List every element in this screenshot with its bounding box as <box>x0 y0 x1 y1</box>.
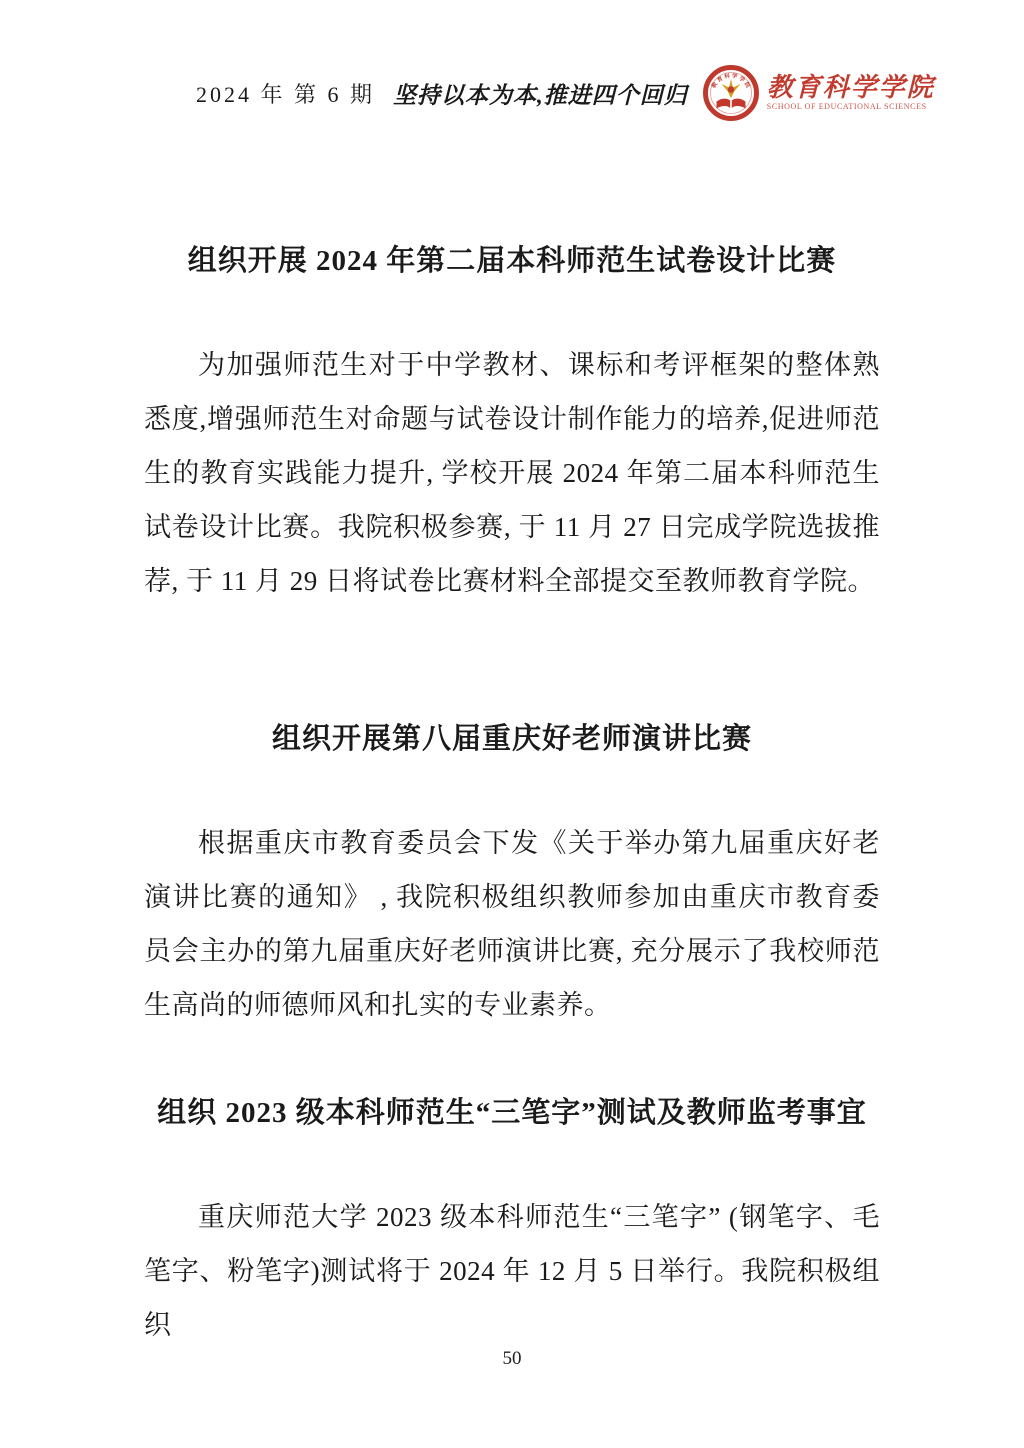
section-paragraph-speech-contest: 根据重庆市教育委员会下发《关于举办第九届重庆好老演讲比赛的通知》 , 我院积极组… <box>144 816 880 1032</box>
section-paragraph-exam-design-contest: 为加强师范生对于中学教材、课标和考评框架的整体熟悉度,增强师范生对命题与试卷设计… <box>144 338 880 608</box>
page-number: 50 <box>503 1348 522 1369</box>
school-logo: 教育科学学院 教育科学学院 SCHOOL OF EDUCATIONAL SCIE… <box>702 64 935 122</box>
section-paragraph-three-scripts-test: 重庆师范大学 2023 级本科师范生“三笔字” (钢笔字、毛笔字、粉笔字)测试将… <box>144 1190 880 1352</box>
document-body: 组织开展 2024 年第二届本科师范生试卷设计比赛 为加强师范生对于中学教材、课… <box>0 240 1024 1352</box>
header-motto: 坚持以本为本,推进四个回归 <box>393 77 688 110</box>
section-title-exam-design-contest: 组织开展 2024 年第二届本科师范生试卷设计比赛 <box>144 240 880 282</box>
section-title-three-scripts-test: 组织 2023 级本科师范生“三笔字”测试及教师监考事宜 <box>144 1092 880 1134</box>
page-header: 2024 年 第 6 期 坚持以本为本,推进四个回归 教育科学学院 <box>0 0 1024 124</box>
section-title-speech-contest: 组织开展第八届重庆好老师演讲比赛 <box>144 718 880 760</box>
school-logo-text: 教育科学学院 SCHOOL OF EDUCATIONAL SCIENCES <box>767 74 935 112</box>
school-emblem-icon: 教育科学学院 <box>702 64 760 122</box>
document-page: 2024 年 第 6 期 坚持以本为本,推进四个回归 教育科学学院 <box>0 0 1024 1448</box>
school-name-en: SCHOOL OF EDUCATIONAL SCIENCES <box>767 103 935 111</box>
school-name-cn: 教育科学学院 <box>767 74 935 101</box>
issue-label: 2024 年 第 6 期 <box>196 78 375 109</box>
page-footer: 50 <box>0 1348 1024 1370</box>
